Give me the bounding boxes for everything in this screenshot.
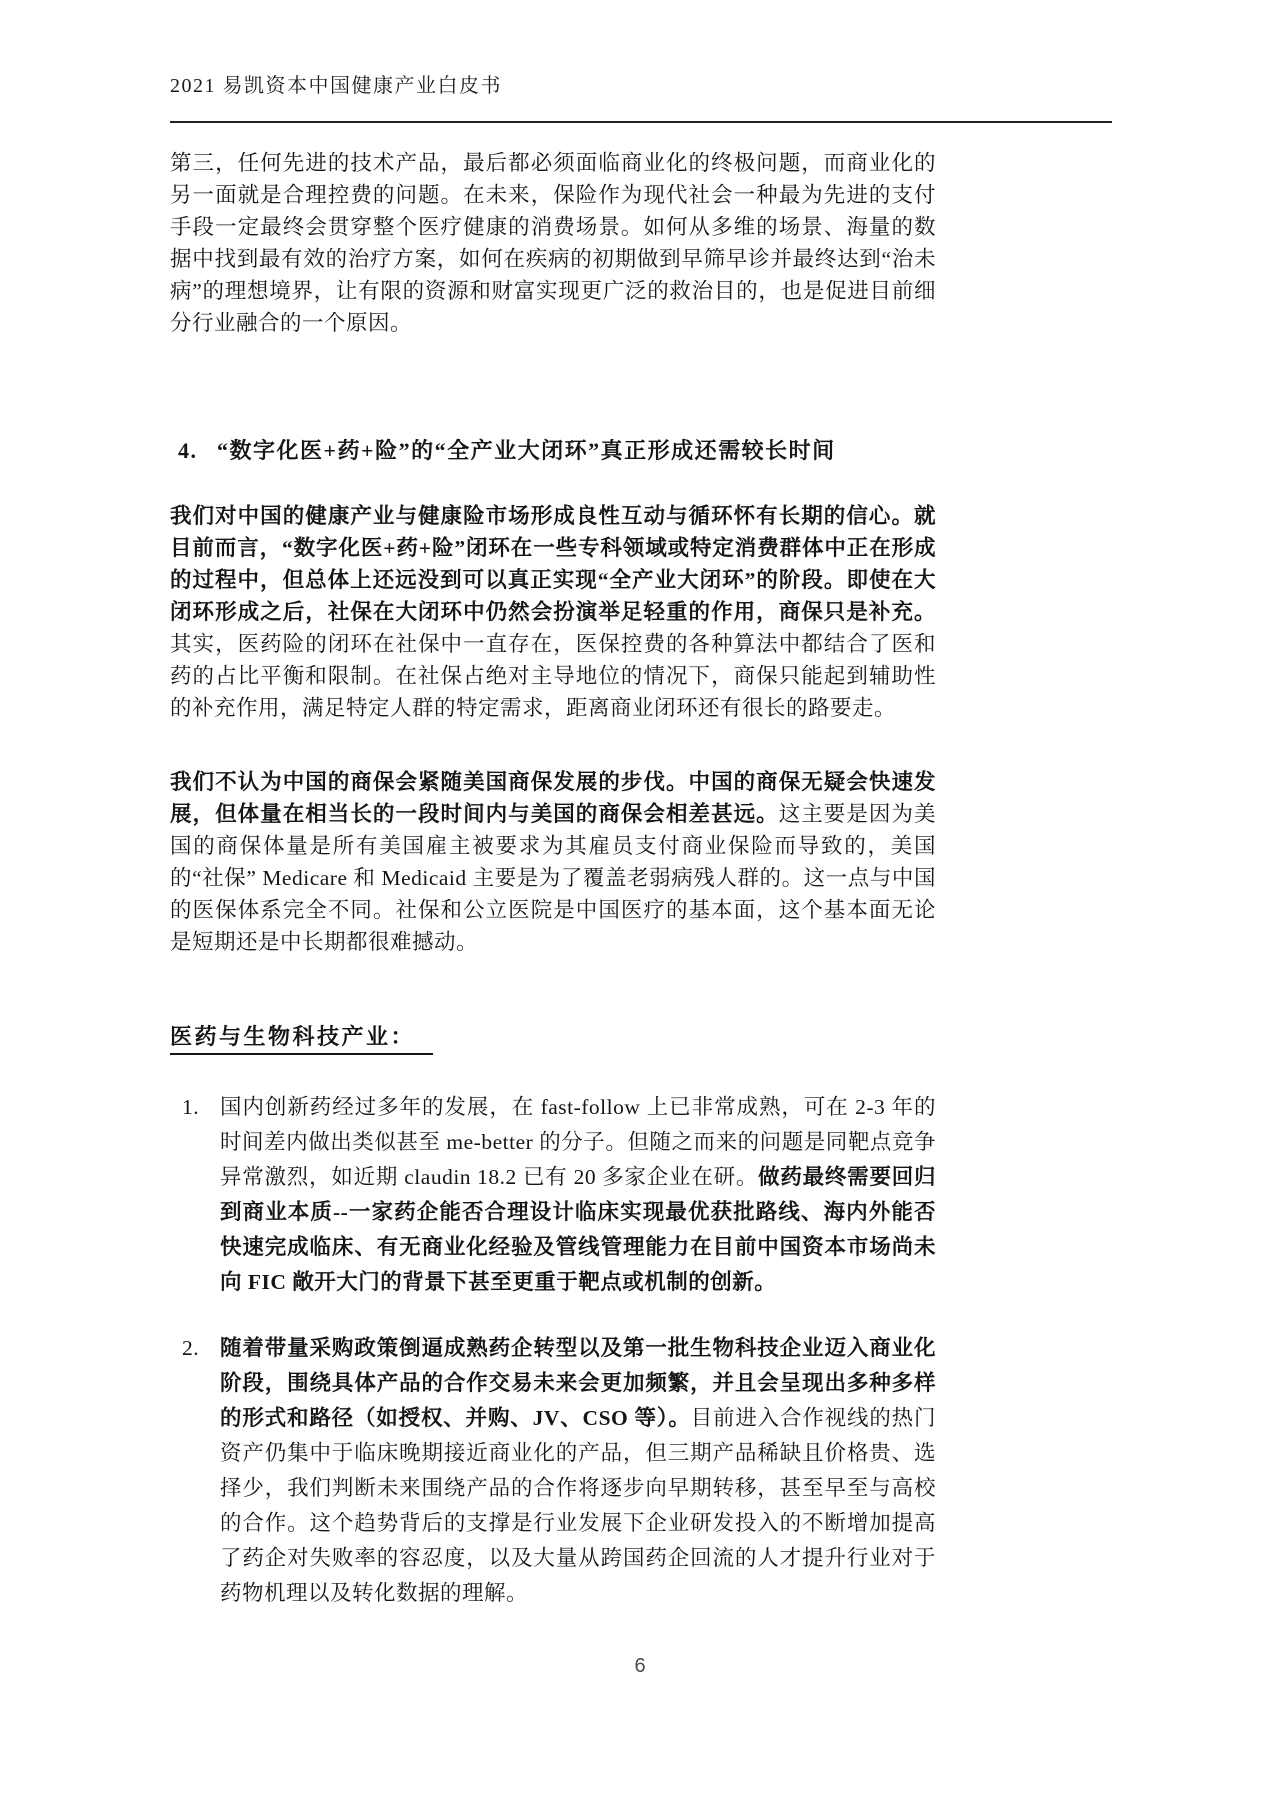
paragraph-us-comparison: 我们不认为中国的商保会紧随美国商保发展的步伐。中国的商保无疑会快速发展，但体量在… <box>170 766 936 958</box>
list-item-1: 1. 国内创新药经过多年的发展，在 fast-follow 上已非常成熟，可在 … <box>170 1090 936 1300</box>
header-divider <box>170 121 1112 123</box>
page-number: 6 <box>0 1655 1280 1678</box>
paragraph-big-loop-regular-text: 其实，医药险的闭环在社保中一直存在，医保控费的各种算法中都结合了医和药的占比平衡… <box>170 632 936 720</box>
paragraph-third-point-text: 第三，任何先进的技术产品，最后都必须面临商业化的终极问题，而商业化的另一面就是合… <box>170 151 936 335</box>
paragraph-third-point: 第三，任何先进的技术产品，最后都必须面临商业化的终极问题，而商业化的另一面就是合… <box>170 147 936 339</box>
paragraph-big-loop: 我们对中国的健康产业与健康险市场形成良性互动与循环怀有长期的信心。就目前而言，“… <box>170 500 936 724</box>
pharma-biotech-section-heading: 医药与生物科技产业： <box>170 1021 936 1052</box>
pharma-biotech-section-heading-text: 医药与生物科技产业： <box>170 1024 433 1055</box>
page-header: 2021 易凯资本中国健康产业白皮书 <box>170 0 1112 123</box>
section-4-heading: 4. “数字化医+药+险”的“全产业大闭环”真正形成还需较长时间 <box>170 436 936 466</box>
list-item-1-text: 国内创新药经过多年的发展，在 fast-follow 上已非常成熟，可在 2-3… <box>220 1090 936 1300</box>
document-page: 2021 易凯资本中国健康产业白皮书 第三，任何先进的技术产品，最后都必须面临商… <box>0 0 1280 1812</box>
page-header-title: 2021 易凯资本中国健康产业白皮书 <box>170 73 1112 100</box>
list-item-2-number: 2. <box>170 1331 220 1611</box>
list-item-1-number: 1. <box>170 1090 220 1300</box>
section-4-title: “数字化医+药+险”的“全产业大闭环”真正形成还需较长时间 <box>217 436 936 466</box>
list-item-2-regular-text: 目前进入合作视线的热门资产仍集中于临床晚期接近商业化的产品，但三期产品稀缺且价格… <box>220 1406 936 1605</box>
list-item-2-text: 随着带量采购政策倒逼成熟药企转型以及第一批生物科技企业迈入商业化阶段，围绕具体产… <box>220 1331 936 1611</box>
document-body: 第三，任何先进的技术产品，最后都必须面临商业化的终极问题，而商业化的另一面就是合… <box>170 147 936 1611</box>
section-4-number: 4. <box>170 436 217 466</box>
list-item-2: 2. 随着带量采购政策倒逼成熟药企转型以及第一批生物科技企业迈入商业化阶段，围绕… <box>170 1331 936 1611</box>
paragraph-big-loop-bold-text: 我们对中国的健康产业与健康险市场形成良性互动与循环怀有长期的信心。就目前而言，“… <box>170 504 936 624</box>
